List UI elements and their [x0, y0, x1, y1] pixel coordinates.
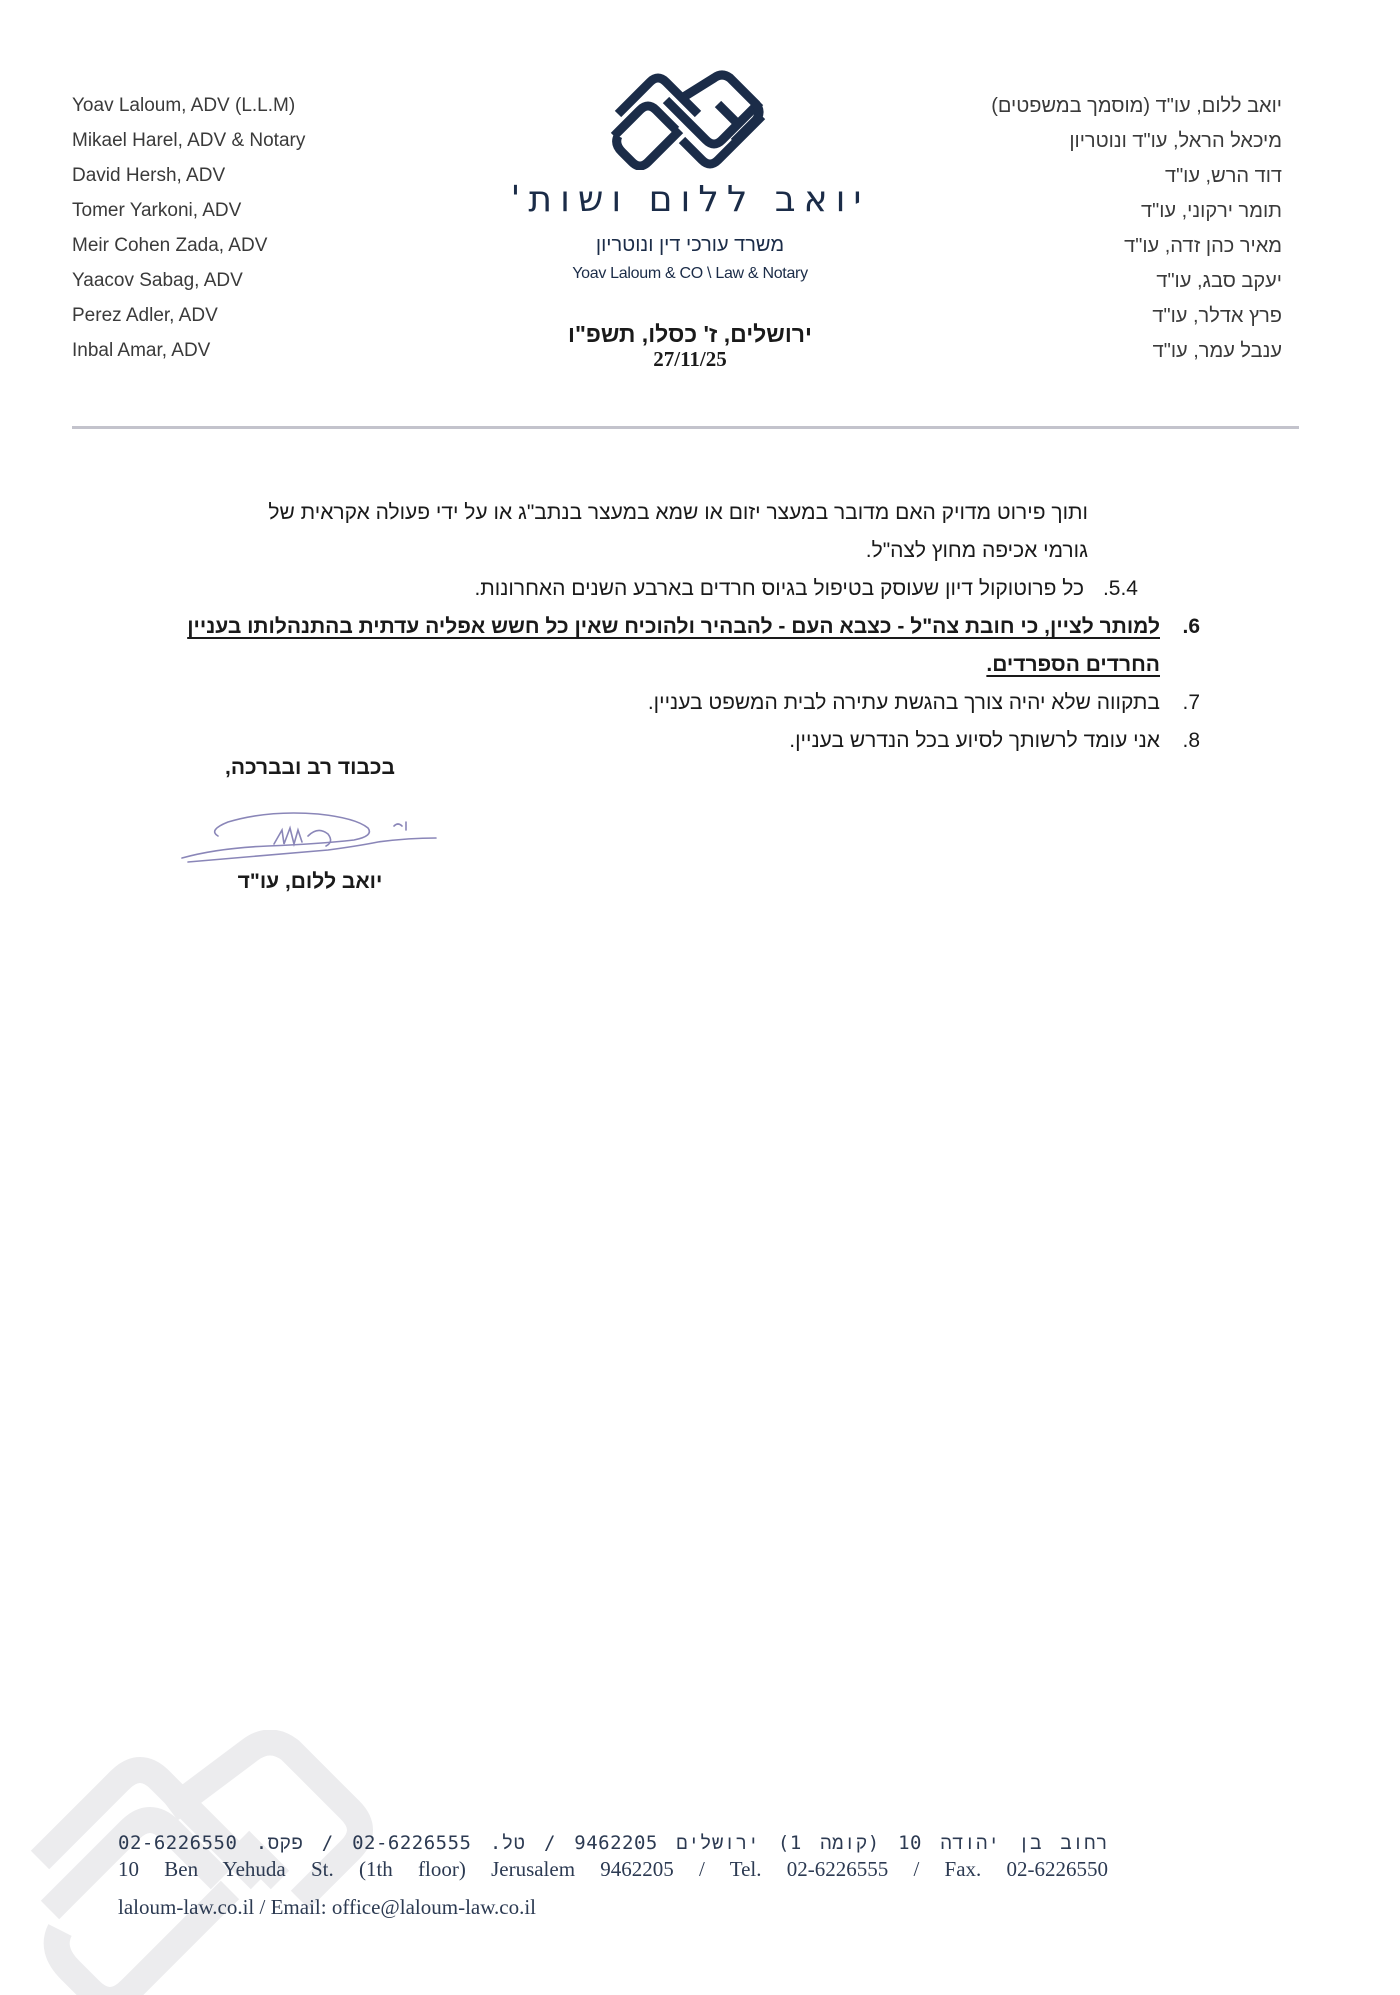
- item-text: למותר לציין, כי חובת צה"ל - כצבא העם - ל…: [180, 608, 1160, 684]
- partner-name-en: Yoav Laloum, ADV (L.L.M): [72, 92, 372, 127]
- footer-address-english: 10 Ben Yehuda St. (1th floor) Jerusalem …: [118, 1856, 1108, 1882]
- closing-salutation: בכבוד רב ובברכה,: [200, 756, 420, 780]
- paragraph-line: ותוך פירוט מדויק האם מדובר במעצר יזום או…: [180, 494, 1088, 532]
- item-text: כל פרוטוקול דיון שעוסק בטיפול בגיוס חרדי…: [180, 570, 1084, 608]
- letter-date-hebrew: ירושלים, ז' כסלו, תשפ"ו: [500, 320, 880, 348]
- handwritten-signature-icon: [178, 800, 438, 880]
- signer-name: יואב ללום, עו"ד: [200, 870, 420, 894]
- partners-list-english: Yoav Laloum, ADV (L.L.M) Mikael Harel, A…: [72, 92, 372, 372]
- item-number: 8.: [1170, 722, 1200, 760]
- partner-name-en: David Hersh, ADV: [72, 162, 372, 197]
- letter-body: ותוך פירוט מדויק האם מדובר במעצר יזום או…: [180, 494, 1200, 760]
- partner-name-en: Mikael Harel, ADV & Notary: [72, 127, 372, 162]
- firm-subtitle-hebrew: משרד עורכי דין ונוטריון: [500, 232, 880, 258]
- partner-name-he: יעקב סבג, עו"ד: [942, 267, 1282, 302]
- list-item-7: 7. בתקווה שלא יהיה צורך בהגשת עתירה לבית…: [180, 684, 1200, 722]
- firm-name-english: Yoav Laloum & CO \ Law & Notary: [500, 264, 880, 284]
- header-divider: [72, 426, 1299, 429]
- list-item-6: 6. למותר לציין, כי חובת צה"ל - כצבא העם …: [180, 608, 1200, 684]
- partner-name-he: מיכאל הראל, עו"ד ונוטריון: [942, 127, 1282, 162]
- list-item-5-4: 5.4. כל פרוטוקול דיון שעוסק בטיפול בגיוס…: [180, 570, 1200, 608]
- list-item-8: 8. אני עומד לרשותך לסיוע בכל הנדרש בעניי…: [180, 722, 1200, 760]
- firm-monogram-logo-icon: [610, 70, 770, 170]
- partner-name-en: Tomer Yarkoni, ADV: [72, 197, 372, 232]
- footer-address-hebrew: רחוב בן יהודה 10 (קומה 1) ירושלים 946220…: [118, 1830, 1108, 1856]
- paragraph-line: גורמי אכיפה מחוץ לצה"ל.: [180, 532, 1088, 570]
- partner-name-he: ענבל עמר, עו"ד: [942, 337, 1282, 372]
- firm-name-hebrew: יואב ללום ושות': [500, 178, 880, 222]
- partner-name-en: Inbal Amar, ADV: [72, 337, 372, 372]
- partner-name-he: תומר ירקוני, עו"ד: [942, 197, 1282, 232]
- letterhead-center: יואב ללום ושות' משרד עורכי דין ונוטריון …: [500, 70, 880, 370]
- continuation-paragraph: ותוך פירוט מדויק האם מדובר במעצר יזום או…: [180, 494, 1200, 570]
- partners-list-hebrew: יואב ללום, עו"ד (מוסמך במשפטים) מיכאל הר…: [942, 92, 1282, 372]
- item-number: 6.: [1170, 608, 1200, 646]
- partner-name-he: מאיר כהן זדה, עו"ד: [942, 232, 1282, 267]
- partner-name-en: Perez Adler, ADV: [72, 302, 372, 337]
- partner-name-en: Meir Cohen Zada, ADV: [72, 232, 372, 267]
- item-number: 7.: [1170, 684, 1200, 722]
- partner-name-he: פרץ אדלר, עו"ד: [942, 302, 1282, 337]
- letter-date-numeric: 27/11/25: [500, 348, 880, 370]
- partner-name-he: יואב ללום, עו"ד (מוסמך במשפטים): [942, 92, 1282, 127]
- footer-website-email[interactable]: laloum-law.co.il / Email: office@laloum-…: [118, 1894, 1108, 1920]
- letter-footer: רחוב בן יהודה 10 (קומה 1) ירושלים 946220…: [118, 1830, 1108, 1920]
- item-number: 5.4.: [1094, 570, 1138, 608]
- partner-name-he: דוד הרש, עו"ד: [942, 162, 1282, 197]
- item-text: אני עומד לרשותך לסיוע בכל הנדרש בעניין.: [180, 722, 1160, 760]
- item-text: בתקווה שלא יהיה צורך בהגשת עתירה לבית המ…: [180, 684, 1160, 722]
- partner-name-en: Yaacov Sabag, ADV: [72, 267, 372, 302]
